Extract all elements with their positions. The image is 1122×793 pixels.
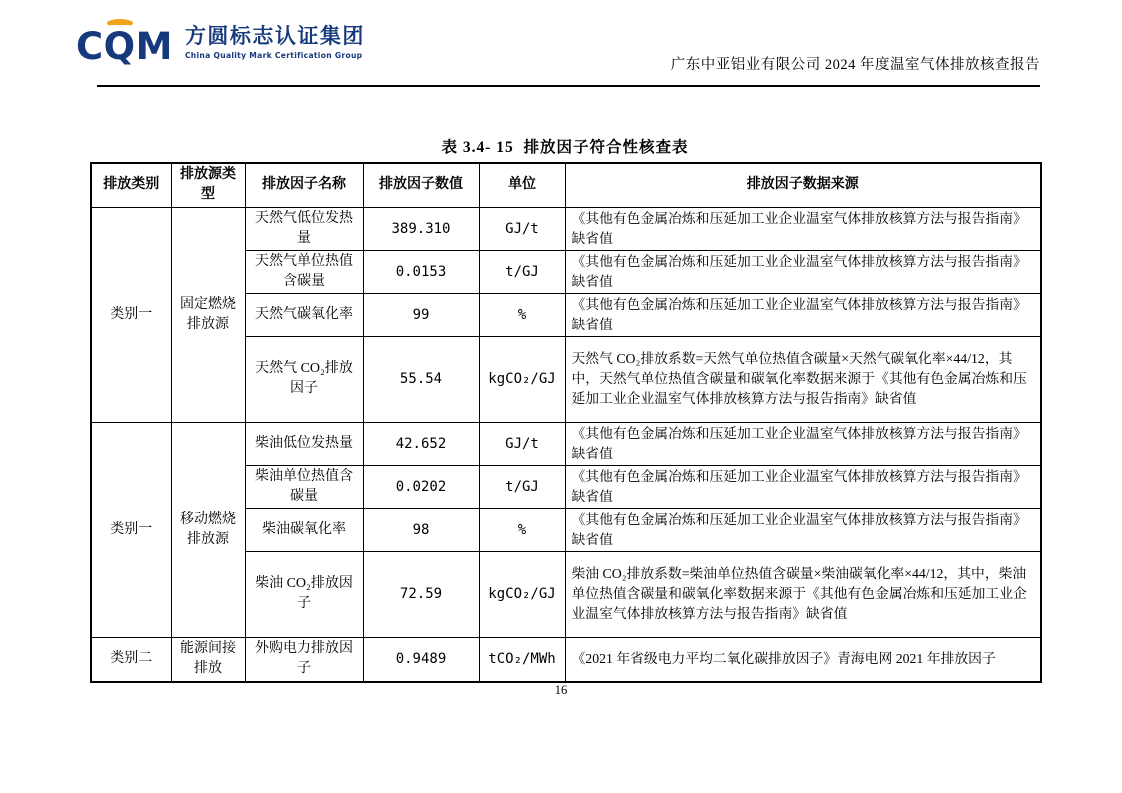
- unit-cell: kgCO₂/GJ: [479, 336, 565, 422]
- cqm-logo-arc-icon: [105, 19, 135, 32]
- emission-factor-table: 排放类别 排放源类型 排放因子名称 排放因子数值 单位 排放因子数据来源 类别一…: [90, 162, 1042, 683]
- table-header-row: 排放类别 排放源类型 排放因子名称 排放因子数值 单位 排放因子数据来源: [91, 163, 1041, 207]
- data-source-cell: 柴油 CO₂排放系数=柴油单位热值含碳量×柴油碳氧化率×44/12，其中，柴油单…: [565, 551, 1041, 637]
- cqm-logo-names: 方圆标志认证集团 China Quality Mark Certificatio…: [185, 24, 365, 59]
- factor-value-cell: 72.59: [363, 551, 479, 637]
- unit-cell: %: [479, 293, 565, 336]
- cqm-logo: CQM 方圆标志认证集团 China Quality Mark Certific…: [76, 19, 365, 65]
- unit-cell: GJ/t: [479, 422, 565, 465]
- factor-name-cell: 柴油碳氧化率: [245, 508, 363, 551]
- factor-value-cell: 55.54: [363, 336, 479, 422]
- table-row: 类别二 能源间接排放 外购电力排放因子 0.9489 tCO₂/MWh 《202…: [91, 637, 1041, 682]
- factor-name-cell: 柴油 CO₂排放因子: [245, 551, 363, 637]
- table-row: 类别一 移动燃烧排放源 柴油低位发热量 42.652 GJ/t 《其他有色金属冶…: [91, 422, 1041, 465]
- factor-name-cell: 柴油低位发热量: [245, 422, 363, 465]
- factor-value-cell: 389.310: [363, 207, 479, 250]
- data-source-cell: 《其他有色金属冶炼和压延加工业企业温室气体排放核算方法与报告指南》缺省值: [565, 250, 1041, 293]
- source-type-cell: 能源间接排放: [171, 637, 245, 682]
- data-source-cell: 《其他有色金属冶炼和压延加工业企业温室气体排放核算方法与报告指南》缺省值: [565, 422, 1041, 465]
- data-source-cell: 《其他有色金属冶炼和压延加工业企业温室气体排放核算方法与报告指南》缺省值: [565, 465, 1041, 508]
- col-header-unit: 单位: [479, 163, 565, 207]
- data-source-cell: 《其他有色金属冶炼和压延加工业企业温室气体排放核算方法与报告指南》缺省值: [565, 293, 1041, 336]
- factor-name-cell: 柴油单位热值含碳量: [245, 465, 363, 508]
- document-header-title: 广东中亚铝业有限公司 2024 年度温室气体排放核查报告: [671, 53, 1040, 74]
- table-row: 类别一 固定燃烧排放源 天然气低位发热量 389.310 GJ/t 《其他有色金…: [91, 207, 1041, 250]
- factor-value-cell: 0.0153: [363, 250, 479, 293]
- col-header-emission-category: 排放类别: [91, 163, 171, 207]
- factor-name-cell: 天然气碳氧化率: [245, 293, 363, 336]
- factor-name-cell: 天然气 CO₂排放因子: [245, 336, 363, 422]
- factor-name-cell: 天然气单位热值含碳量: [245, 250, 363, 293]
- unit-cell: t/GJ: [479, 465, 565, 508]
- factor-name-cell: 外购电力排放因子: [245, 637, 363, 682]
- unit-cell: t/GJ: [479, 250, 565, 293]
- source-type-cell: 固定燃烧排放源: [171, 207, 245, 422]
- unit-cell: kgCO₂/GJ: [479, 551, 565, 637]
- unit-cell: %: [479, 508, 565, 551]
- data-source-cell: 天然气 CO₂排放系数=天然气单位热值含碳量×天然气碳氧化率×44/12，其中，…: [565, 336, 1041, 422]
- data-source-cell: 《2021 年省级电力平均二氧化碳排放因子》青海电网 2021 年排放因子: [565, 637, 1041, 682]
- source-type-cell: 移动燃烧排放源: [171, 422, 245, 637]
- factor-value-cell: 98: [363, 508, 479, 551]
- data-source-cell: 《其他有色金属冶炼和压延加工业企业温室气体排放核算方法与报告指南》缺省值: [565, 508, 1041, 551]
- data-source-cell: 《其他有色金属冶炼和压延加工业企业温室气体排放核算方法与报告指南》缺省值: [565, 207, 1041, 250]
- category-cell: 类别一: [91, 207, 171, 422]
- unit-cell: tCO₂/MWh: [479, 637, 565, 682]
- factor-name-cell: 天然气低位发热量: [245, 207, 363, 250]
- col-header-factor-value: 排放因子数值: [363, 163, 479, 207]
- col-header-source-type: 排放源类型: [171, 163, 245, 207]
- category-cell: 类别一: [91, 422, 171, 637]
- cqm-logo-text: CQM: [76, 19, 173, 65]
- col-header-factor-name: 排放因子名称: [245, 163, 363, 207]
- factor-value-cell: 0.0202: [363, 465, 479, 508]
- category-cell: 类别二: [91, 637, 171, 682]
- factor-value-cell: 42.652: [363, 422, 479, 465]
- logo-cn-name: 方圆标志认证集团: [185, 24, 365, 49]
- factor-value-cell: 99: [363, 293, 479, 336]
- header-divider: [97, 85, 1040, 87]
- table-caption: 表 3.4- 15 排放因子符合性核查表: [90, 135, 1040, 157]
- page-number: 16: [0, 683, 1122, 698]
- logo-en-name: China Quality Mark Certification Group: [185, 51, 365, 60]
- unit-cell: GJ/t: [479, 207, 565, 250]
- col-header-data-source: 排放因子数据来源: [565, 163, 1041, 207]
- factor-value-cell: 0.9489: [363, 637, 479, 682]
